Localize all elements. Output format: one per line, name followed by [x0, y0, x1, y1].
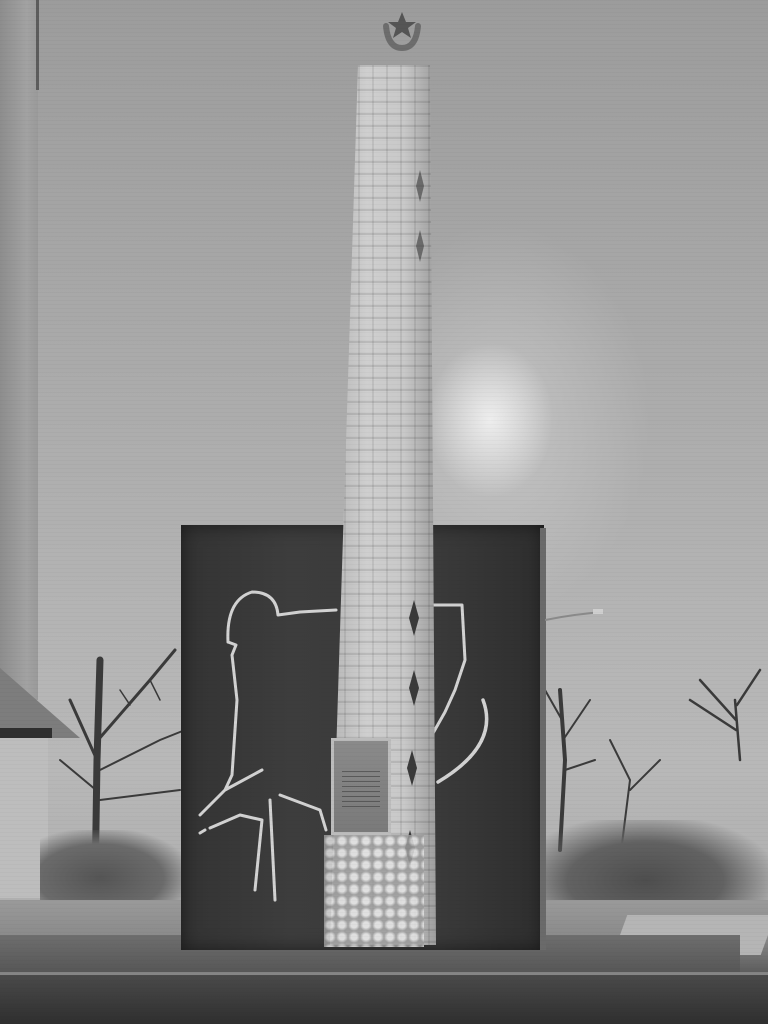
obelisk-base-stonework: [324, 835, 424, 947]
plaque-inscription: [342, 771, 380, 811]
star-wreath-emblem-icon: [374, 4, 430, 56]
monument-photo: [0, 0, 768, 1024]
commemorative-plaque: [331, 738, 391, 835]
street-lamp: [545, 608, 605, 622]
